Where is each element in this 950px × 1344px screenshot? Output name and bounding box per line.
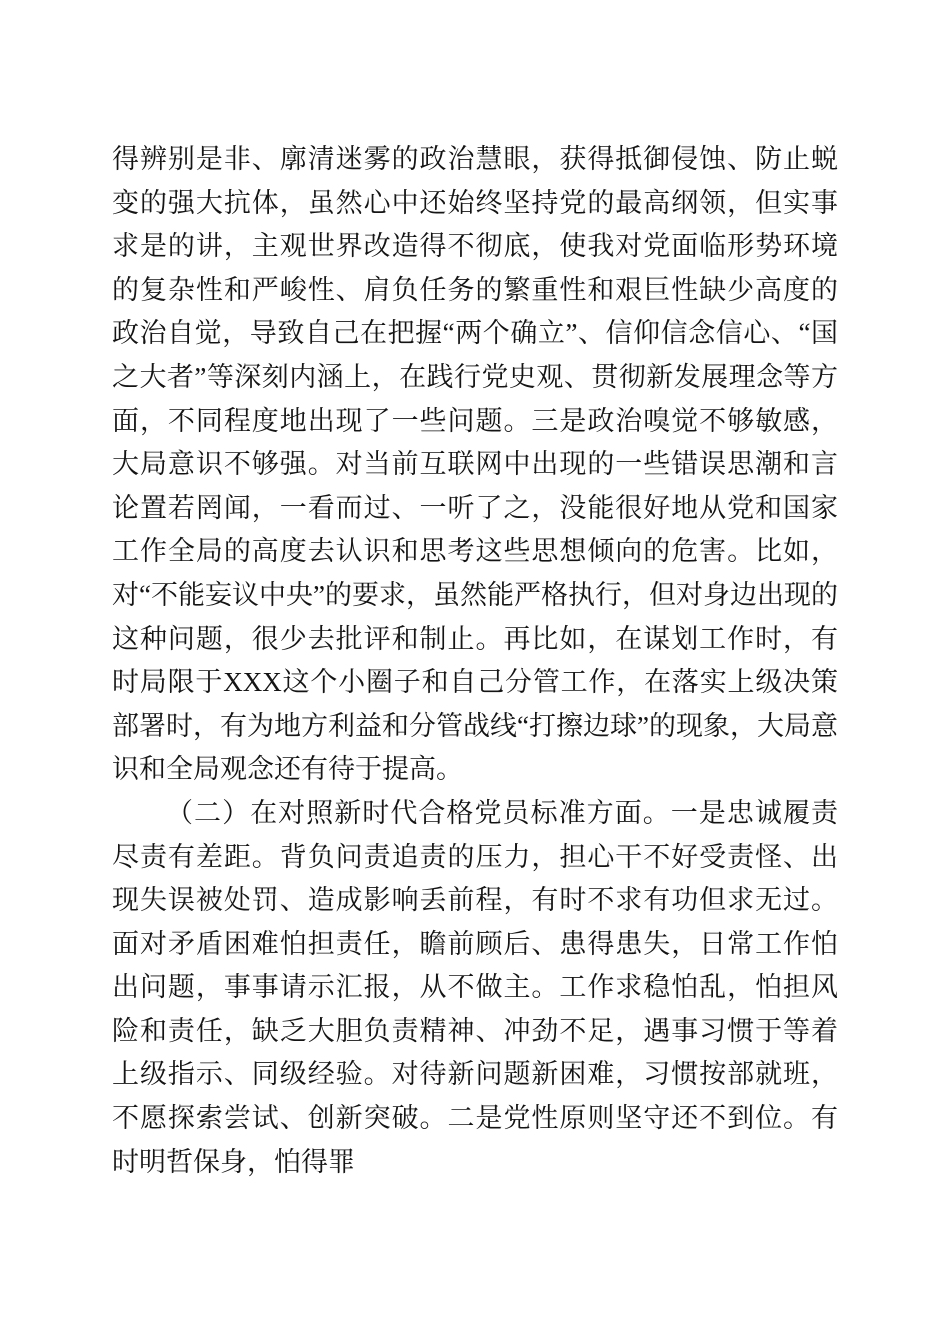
paragraph-continuation: 得辨别是非、廓清迷雾的政治慧眼，获得抵御侵蚀、防止蜕变的强大抗体，虽然心中还始终… bbox=[112, 138, 838, 792]
paragraph-section-two: （二）在对照新时代合格党员标准方面。一是忠诚履责尽责有差距。背负问责追责的压力，… bbox=[112, 792, 838, 1184]
document-text-block: 得辨别是非、廓清迷雾的政治慧眼，获得抵御侵蚀、防止蜕变的强大抗体，虽然心中还始终… bbox=[112, 138, 838, 1184]
document-page: 得辨别是非、廓清迷雾的政治慧眼，获得抵御侵蚀、防止蜕变的强大抗体，虽然心中还始终… bbox=[0, 0, 950, 1344]
